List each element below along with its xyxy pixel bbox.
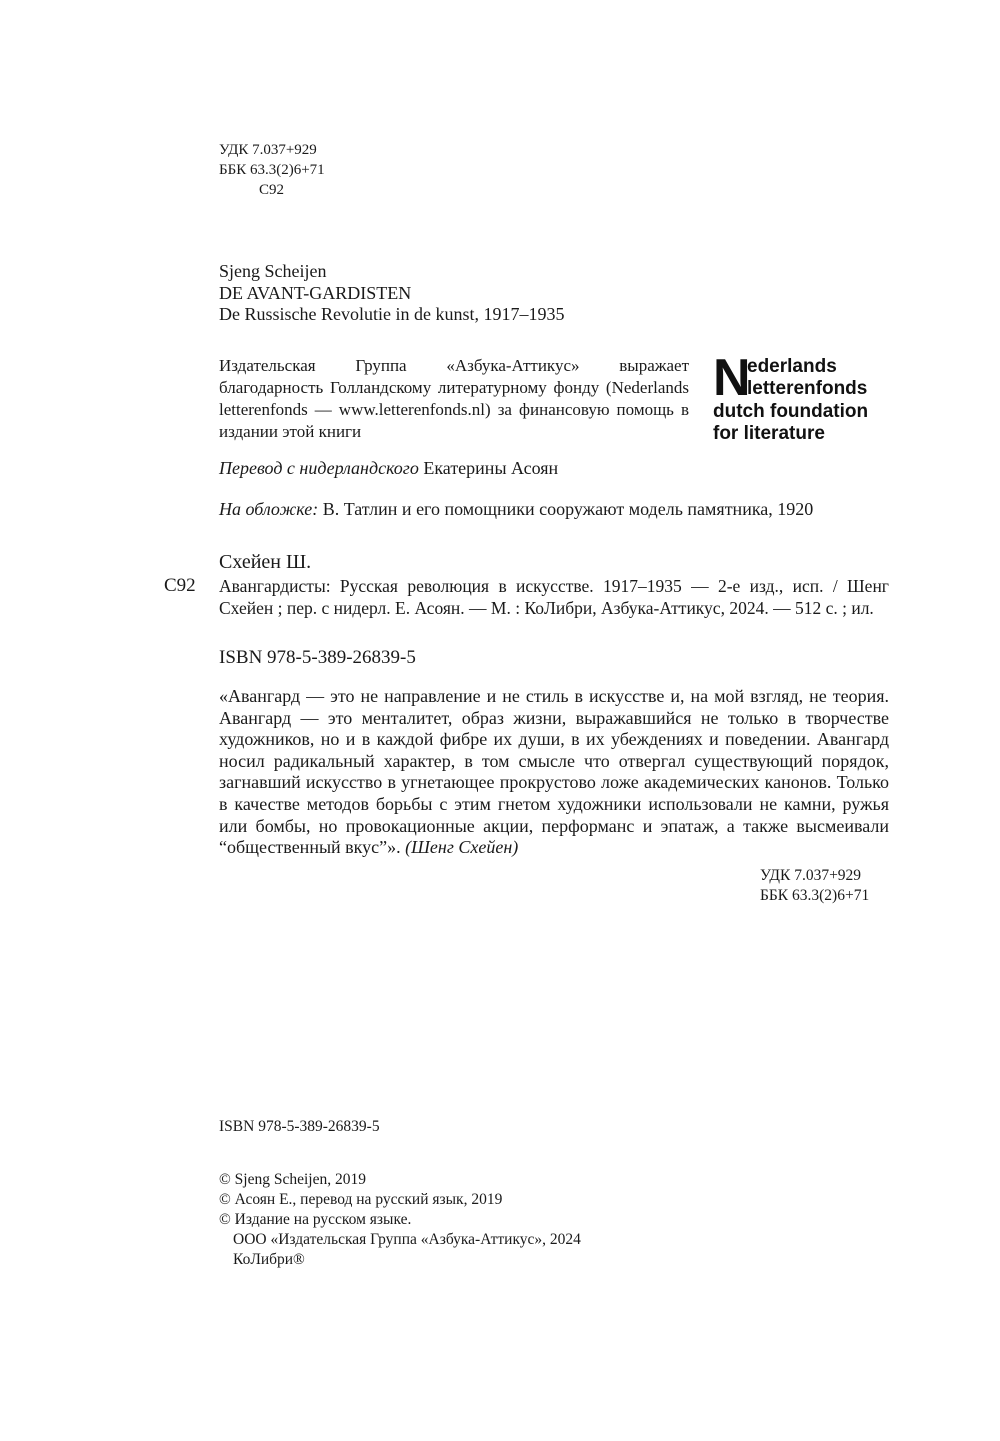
original-edition: Sjeng Scheijen DE AVANT-GARDISTEN De Rus… — [219, 261, 564, 326]
translation-credit: Перевод с нидерландского Екатерины Асоян — [219, 457, 558, 479]
translator-name: Екатерины Асоян — [423, 458, 558, 478]
author-mark: С92 — [219, 180, 325, 200]
logo-line-4: for literature — [713, 423, 825, 445]
bbk-code: ББК 63.3(2)6+71 — [219, 160, 325, 180]
translation-label: Перевод с нидерландского — [219, 458, 419, 478]
catalog-description: Авангардисты: Русская революция в искусс… — [219, 575, 889, 619]
cover-label: На обложке: — [219, 499, 318, 519]
logo-line-2: letterenfonds — [747, 378, 867, 400]
imprint-line: КоЛибри® — [219, 1250, 581, 1270]
footer-isbn: ISBN 978-5-389-26839-5 — [219, 1117, 380, 1137]
annotation-attribution: (Шенг Схейен) — [405, 837, 518, 857]
original-author: Sjeng Scheijen — [219, 261, 564, 283]
logo-line-1: ederlands — [747, 356, 837, 378]
logo-line-3: dutch foundation — [713, 401, 868, 423]
copyright-block: © Sjeng Scheijen, 2019 © Асоян Е., перев… — [219, 1170, 581, 1270]
original-title: DE AVANT-GARDISTEN — [219, 283, 564, 305]
original-subtitle: De Russische Revolutie in de kunst, 1917… — [219, 304, 564, 326]
copyright-line: © Sjeng Scheijen, 2019 — [219, 1170, 581, 1190]
publisher-line: ООО «Издательская Группа «Азбука-Аттикус… — [219, 1230, 581, 1250]
catalog-code: С92 — [164, 575, 196, 597]
classification-codes-bottom: УДК 7.037+929 ББК 63.3(2)6+71 — [760, 866, 869, 906]
copyright-line: © Асоян Е., перевод на русский язык, 201… — [219, 1190, 581, 1210]
acknowledgement-text: Издательская Группа «Азбука-Аттикус» выр… — [219, 355, 689, 443]
classification-codes-top: УДК 7.037+929 ББК 63.3(2)6+71 С92 — [219, 140, 325, 200]
cover-text: В. Татлин и его помощники сооружают моде… — [323, 499, 814, 519]
udk-code: УДК 7.037+929 — [219, 140, 325, 160]
annotation-text: «Авангард — это не направление и не стил… — [219, 686, 889, 857]
bbk-code-bottom: ББК 63.3(2)6+71 — [760, 886, 869, 906]
udk-code-bottom: УДК 7.037+929 — [760, 866, 869, 886]
logo-initial: N — [713, 356, 750, 400]
annotation: «Авангард — это не направление и не стил… — [219, 686, 889, 859]
catalog-author-heading: Схейен Ш. — [219, 550, 311, 574]
catalog-isbn: ISBN 978-5-389-26839-5 — [219, 646, 416, 670]
cover-credit: На обложке: В. Татлин и его помощники со… — [219, 498, 813, 520]
copyright-line: © Издание на русском языке. — [219, 1210, 581, 1230]
